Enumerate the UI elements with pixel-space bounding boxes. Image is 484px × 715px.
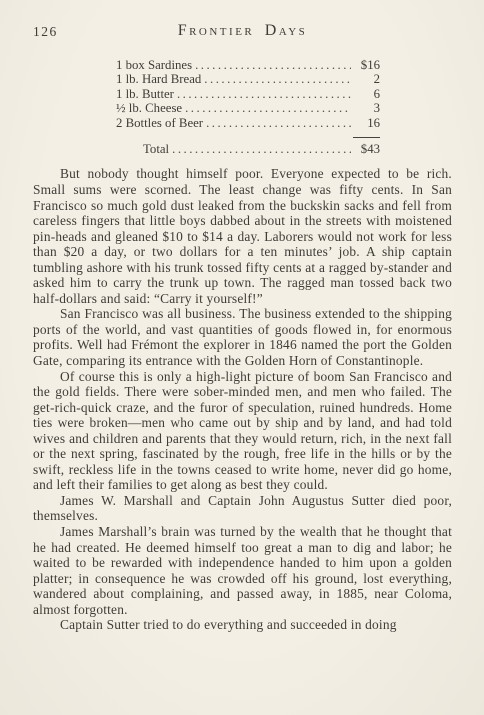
page-header: 126 Frontier Days xyxy=(33,22,452,42)
list-item: 1 lb. Hard Bread 2 xyxy=(116,72,380,86)
item-price: 3 xyxy=(354,101,380,115)
dot-leader xyxy=(204,72,351,86)
paragraph: James Marshall’s brain was turned by the… xyxy=(33,524,452,617)
dot-leader xyxy=(206,116,351,130)
paragraph: But nobody thought himself poor. Everyon… xyxy=(33,166,452,306)
item-price: 2 xyxy=(354,72,380,86)
total-price: $43 xyxy=(354,142,380,156)
total-label: Total xyxy=(143,142,169,156)
item-label: ½ lb. Cheese xyxy=(116,101,182,115)
item-label: 2 Bottles of Beer xyxy=(116,116,203,130)
running-title: Frontier Days xyxy=(33,22,452,40)
item-label: 1 lb. Hard Bread xyxy=(116,72,201,86)
item-label: 1 lb. Butter xyxy=(116,87,174,101)
price-list: 1 box Sardines $16 1 lb. Hard Bread 2 1 … xyxy=(116,58,380,156)
dot-leader xyxy=(185,101,351,115)
list-item: 2 Bottles of Beer 16 xyxy=(116,116,380,130)
paragraph: San Francisco was all business. The busi… xyxy=(33,306,452,368)
item-label: 1 box Sardines xyxy=(116,58,192,72)
dot-leader xyxy=(177,87,351,101)
list-item: 1 lb. Butter 6 xyxy=(116,87,380,101)
list-item: 1 box Sardines $16 xyxy=(116,58,380,72)
dot-leader xyxy=(195,58,351,72)
item-price: $16 xyxy=(354,58,380,72)
book-page: 126 Frontier Days 1 box Sardines $16 1 l… xyxy=(0,0,484,715)
body-text: But nobody thought himself poor. Everyon… xyxy=(33,166,452,632)
total-row: Total $43 xyxy=(116,142,380,156)
item-price: 16 xyxy=(354,116,380,130)
item-price: 6 xyxy=(354,87,380,101)
total-rule xyxy=(353,137,380,138)
dot-leader xyxy=(172,142,351,156)
paragraph: James W. Marshall and Captain John Augus… xyxy=(33,493,452,524)
paragraph: Captain Sutter tried to do everything an… xyxy=(33,617,452,633)
list-item: ½ lb. Cheese 3 xyxy=(116,101,380,115)
paragraph: Of course this is only a high-light pict… xyxy=(33,369,452,493)
page-number: 126 xyxy=(33,24,58,40)
